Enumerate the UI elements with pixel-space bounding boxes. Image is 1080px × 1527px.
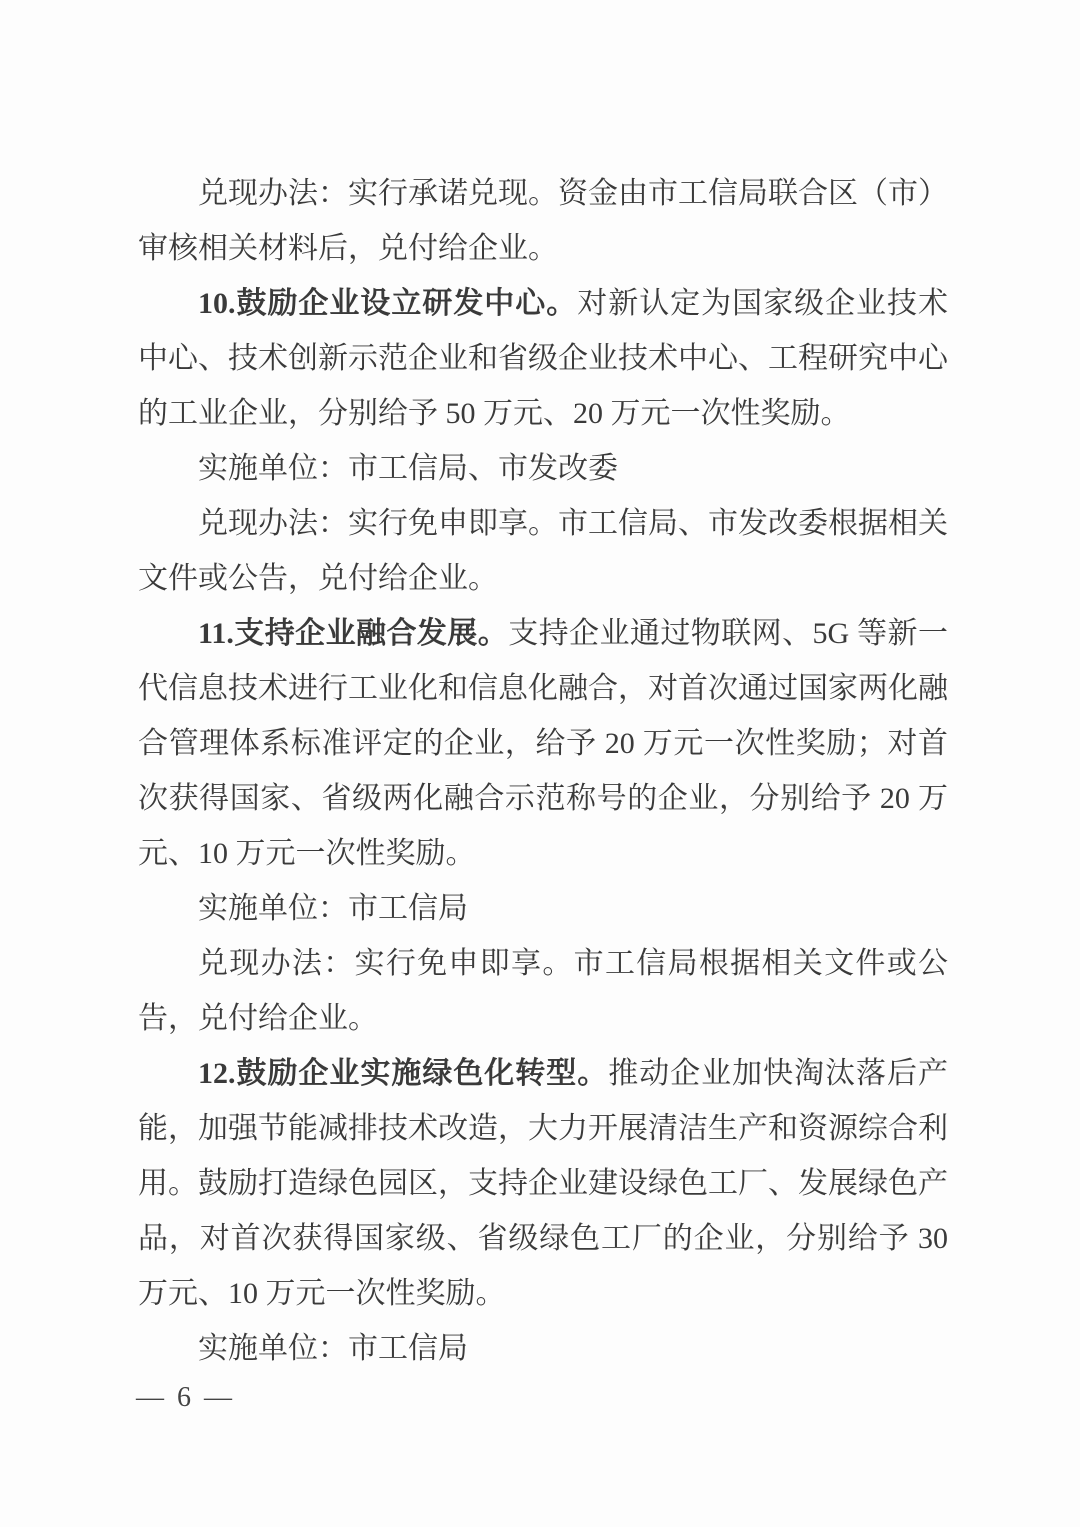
paragraph-heading-run: 12.鼓励企业实施绿色化转型。 <box>198 1057 608 1090</box>
paragraph: 兑现办法：实行免申即享。市工信局、市发改委根据相关文件或公告，兑付给企业。 <box>138 496 948 606</box>
paragraph-text-run: 兑现办法：实行免申即享。市工信局、市发改委根据相关文件或公告，兑付给企业。 <box>138 507 948 595</box>
paragraph-text-run: 实施单位：市工信局 <box>198 1332 468 1365</box>
paragraph: 11.支持企业融合发展。支持企业通过物联网、5G 等新一代信息技术进行工业化和信… <box>138 606 948 881</box>
document-page: 兑现办法：实行承诺兑现。资金由市工信局联合区（市）审核相关材料后，兑付给企业。1… <box>0 0 1080 1527</box>
paragraph-text-run: 实施单位：市工信局 <box>198 892 468 925</box>
paragraph-text-run: 兑现办法：实行免申即享。市工信局根据相关文件或公告，兑付给企业。 <box>138 947 948 1035</box>
paragraph-heading-run: 11.支持企业融合发展。 <box>198 617 508 650</box>
paragraph: 实施单位：市工信局 <box>138 1321 948 1376</box>
paragraph: 10.鼓励企业设立研发中心。对新认定为国家级企业技术中心、技术创新示范企业和省级… <box>138 276 948 441</box>
paragraph-text-run: 实施单位：市工信局、市发改委 <box>198 452 618 485</box>
paragraph-text-run: 兑现办法：实行承诺兑现。资金由市工信局联合区（市）审核相关材料后，兑付给企业。 <box>138 177 948 265</box>
paragraph: 实施单位：市工信局、市发改委 <box>138 441 948 496</box>
paragraph-text-run: 支持企业通过物联网、5G 等新一代信息技术进行工业化和信息化融合，对首次通过国家… <box>138 617 948 870</box>
paragraph-heading-run: 10.鼓励企业设立研发中心。 <box>198 287 577 320</box>
paragraph-text-run: 推动企业加快淘汰落后产能，加强节能减排技术改造，大力开展清洁生产和资源综合利用。… <box>138 1057 948 1310</box>
paragraph: 实施单位：市工信局 <box>138 881 948 936</box>
document-body: 兑现办法：实行承诺兑现。资金由市工信局联合区（市）审核相关材料后，兑付给企业。1… <box>138 166 948 1376</box>
paragraph: 12.鼓励企业实施绿色化转型。推动企业加快淘汰落后产能，加强节能减排技术改造，大… <box>138 1046 948 1321</box>
paragraph: 兑现办法：实行承诺兑现。资金由市工信局联合区（市）审核相关材料后，兑付给企业。 <box>138 166 948 276</box>
page-number: — 6 — <box>136 1381 235 1415</box>
paragraph: 兑现办法：实行免申即享。市工信局根据相关文件或公告，兑付给企业。 <box>138 936 948 1046</box>
